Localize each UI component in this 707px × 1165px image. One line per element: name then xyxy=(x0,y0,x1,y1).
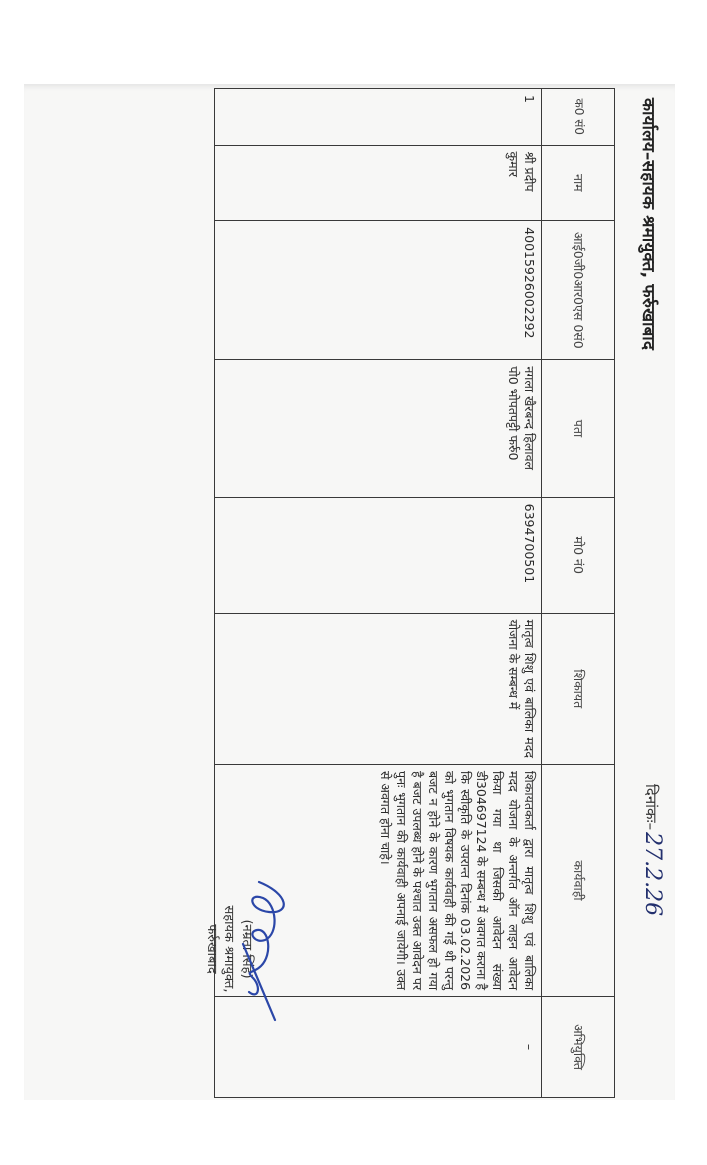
header-igrs-no: आई0जी0आर0एस 0सं0 xyxy=(542,221,615,360)
table-header-row: क0 सं0 नाम आई0जी0आर0एस 0सं0 पता मो0 नं0 … xyxy=(542,89,615,1098)
cell-mobile: 6394700501 xyxy=(215,497,542,613)
handwritten-signature-icon xyxy=(229,874,299,1024)
signature-block: (नम्रता सिंह) सहायक श्रमायुक्त, फर्रुखाब… xyxy=(202,864,255,1034)
document-page: कार्यालय–सहायक श्रमायुक्त, फर्रुखाबाद दि… xyxy=(24,84,675,1100)
header-serial-no: क0 सं0 xyxy=(542,89,615,146)
header-action: कार्यवाही xyxy=(542,765,615,997)
cell-serial-no: 1 xyxy=(215,89,542,146)
cell-igrs-no: 40015926002292 xyxy=(215,221,542,360)
office-title: कार्यालय–सहायक श्रमायुक्त, फर्रुखाबाद xyxy=(638,98,661,350)
header-complaint: शिकायत xyxy=(542,613,615,764)
cell-address: नगला खैरबन्द हिलावल पो0 भोपतपट्टी फर्रु0 xyxy=(215,360,542,497)
document-date: दिनांकः–27.2.26 xyxy=(640,784,665,916)
date-label: दिनांकः– xyxy=(642,784,660,830)
header-remarks: अभियुक्ति xyxy=(542,997,615,1098)
header-mobile: मो0 नं0 xyxy=(542,497,615,613)
header-address: पता xyxy=(542,360,615,497)
cell-complaint: मातृत्व शिशु एवं बालिका मदद योजना के सम्… xyxy=(215,613,542,764)
cell-name: श्री प्रदीप कुमार xyxy=(215,145,542,221)
signatory-place: फर्रुखाबाद xyxy=(202,864,220,1034)
header-name: नाम xyxy=(542,145,615,221)
date-value-handwritten: 27.2.26 xyxy=(640,832,665,916)
